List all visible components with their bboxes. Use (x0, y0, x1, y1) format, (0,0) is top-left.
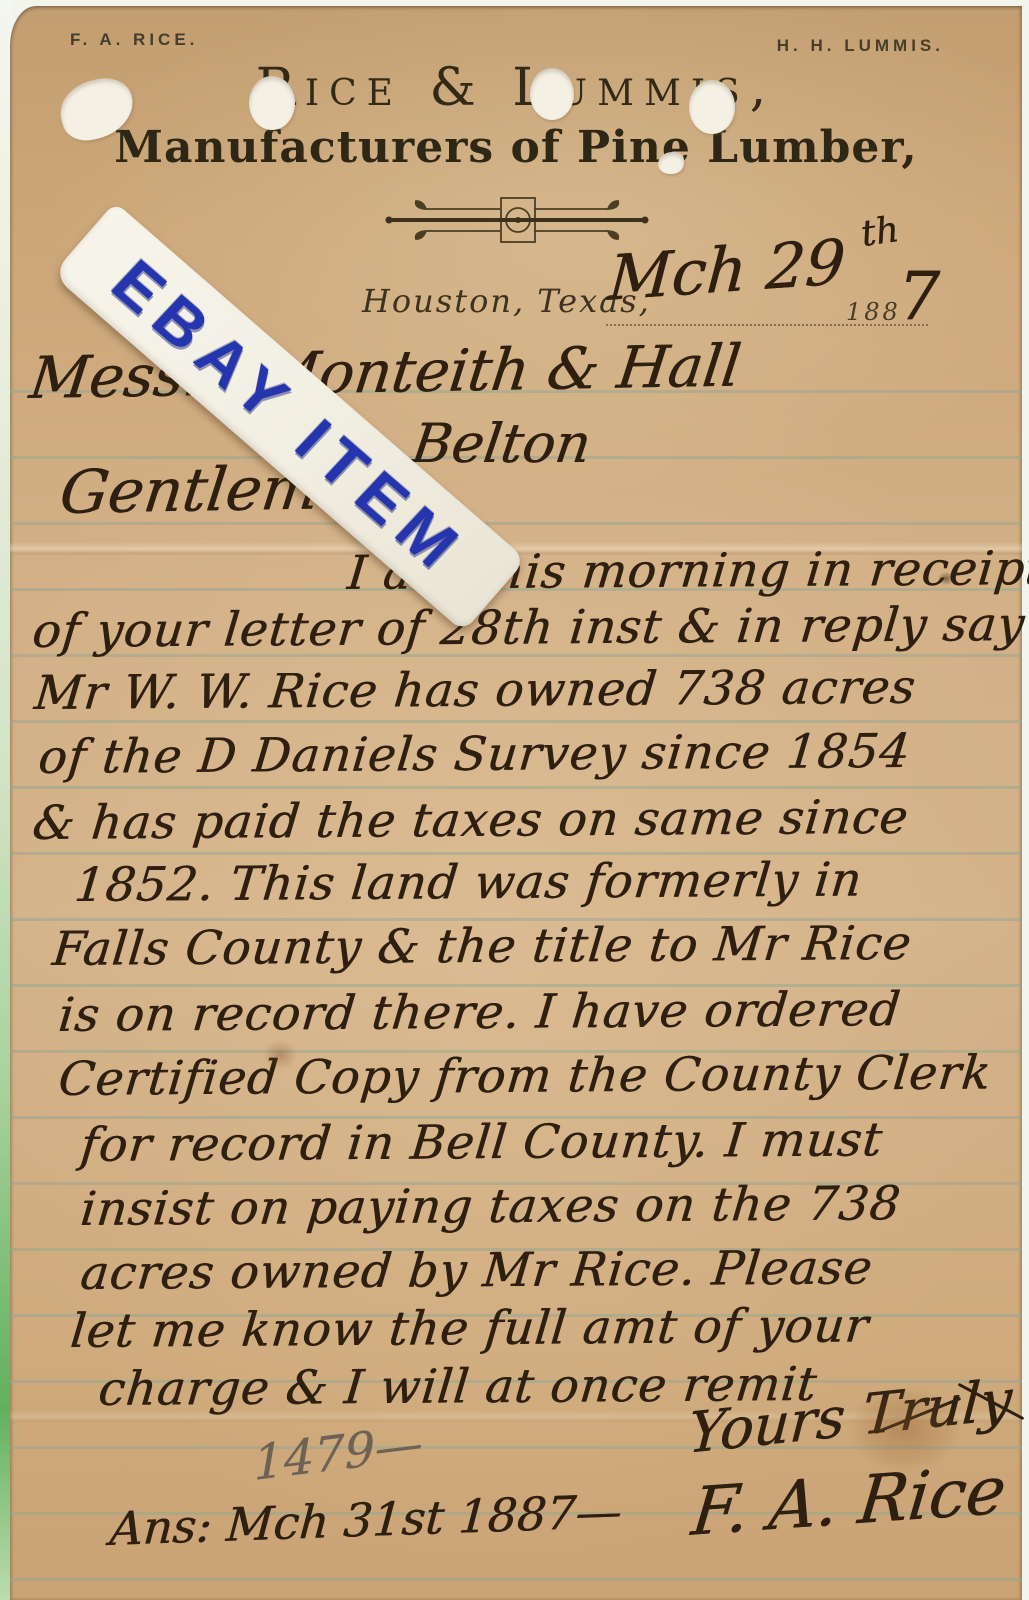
punch-hole (249, 76, 295, 130)
body-line: Falls County & the title to Mr Rice (50, 916, 914, 977)
handwritten-year-digit: 7 (898, 258, 940, 335)
punch-hole (658, 152, 684, 174)
printed-year-prefix: 188 (846, 298, 901, 326)
scanned-letter-page: F. A. RICE. H. H. LUMMIS. Rice & Lummis,… (0, 0, 1029, 1600)
body-line: of the D Daniels Survey since 1854 (36, 724, 913, 785)
body-line: 1852. This land was formerly in (72, 853, 865, 913)
address-line-2: Belton (408, 412, 595, 475)
punch-hole (689, 80, 735, 134)
handwritten-date-ordinal: th (858, 209, 901, 255)
company-tagline: Manufacturers of Pine Lumber, (10, 122, 1022, 173)
punch-hole (530, 68, 574, 120)
body-line: Mr W. W. Rice has owned 738 acres (32, 660, 918, 721)
letter-paper: F. A. RICE. H. H. LUMMIS. Rice & Lummis,… (10, 6, 1022, 1600)
body-line: insist on paying taxes on the 738 (78, 1176, 903, 1237)
body-line: & has paid the taxes on same since (30, 790, 911, 851)
body-line: of your letter of 28th inst & in reply s… (30, 597, 1027, 659)
company-name: Rice & Lummis, (10, 58, 1022, 118)
partner-name-right: H. H. LUMMIS. (777, 36, 944, 56)
body-line: is on record there. I have ordered (56, 982, 903, 1043)
partner-name-left: F. A. RICE. (70, 30, 198, 50)
body-line: Certified Copy from the County Clerk (56, 1045, 994, 1107)
body-line: let me know the full amt of your (68, 1298, 871, 1359)
body-line: for record in Bell County. I must (78, 1112, 885, 1173)
body-line: acres owned by Mr Rice. Please (78, 1240, 875, 1301)
